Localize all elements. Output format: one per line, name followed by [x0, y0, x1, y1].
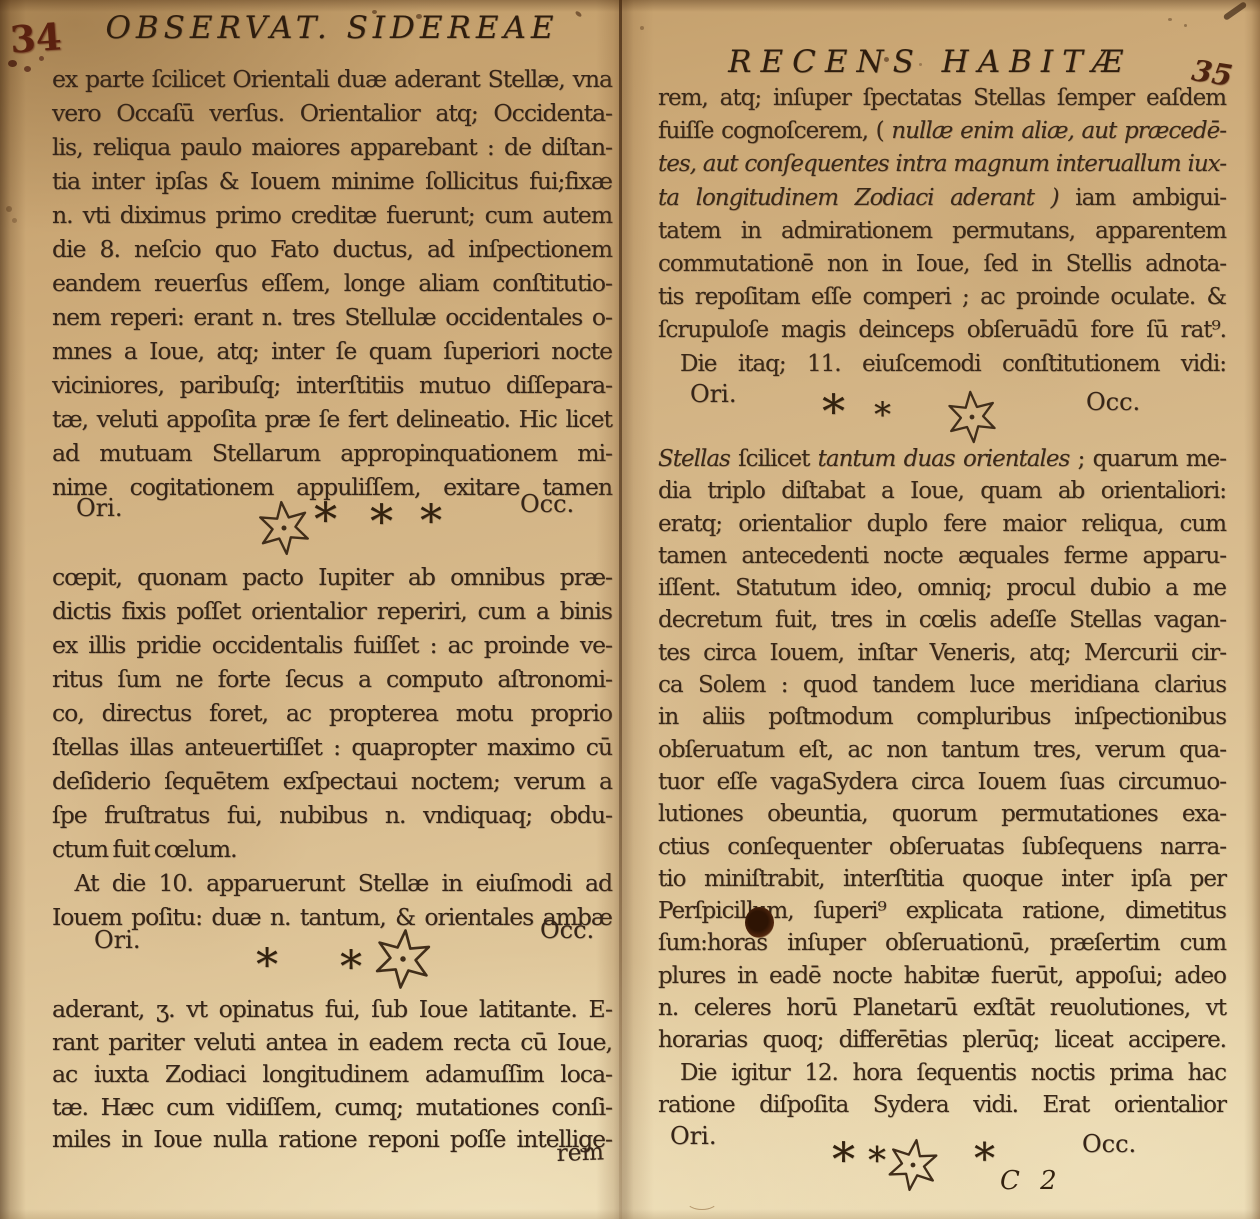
text-line: tis repoſitam eſſe comperi ; ac proinde …	[658, 281, 1226, 314]
text-line: ta longitudinem Zodiaci aderant ) iam am…	[658, 182, 1226, 215]
text-line: eratq; orientalior duplo fere maior reli…	[658, 508, 1226, 540]
text-line: ca Solem : quod tandem luce meridiana cl…	[658, 669, 1226, 701]
text-line: tamen antecedenti nocte æquales ferme ap…	[658, 540, 1226, 572]
occ-label: Occ.	[540, 916, 594, 944]
italic-text-segment: tes, aut conſequentes intra magnum inter…	[658, 151, 1226, 177]
text-line: mnes a Ioue, atq; inter ſe quam ſuperior…	[52, 334, 612, 368]
text-line: n. vti diximus primo creditæ fuerunt; cu…	[52, 198, 612, 232]
right-text-block-2: Stellas ſcilicet tantum duas orientales …	[658, 443, 1226, 1121]
text-line: dia triplo diſtabat a Ioue, quam ab orie…	[658, 475, 1226, 507]
page-edge-top	[0, 0, 1260, 12]
text-line: horarias quoq; differētias plerūq; licea…	[658, 1024, 1226, 1056]
text-line: tuor eſſe vagaSydera circa Iouem ſuas ci…	[658, 766, 1226, 798]
italic-text-segment: tantum duas orientales	[818, 446, 1070, 472]
text-line: co, directus foret, ac propterea motu pr…	[52, 696, 612, 730]
text-line: rant pariter veluti antea in eadem recta…	[52, 1026, 612, 1059]
italic-text-segment: ta longitudinem Zodiaci aderant )	[658, 185, 1059, 211]
ink-speck	[919, 63, 922, 66]
text-line: in aliis poſtmodum compluribus inſpectio…	[658, 701, 1226, 733]
text-line: dictis fixis poſſet orientalior reperiri…	[52, 594, 612, 628]
text-line: At die 10. apparuerunt Stellæ in eiuſmod…	[52, 866, 612, 900]
ori-label: Ori.	[670, 1122, 716, 1150]
jupiter-diagram-right-2: Ori. * * * C 2 Occ.	[660, 1116, 1226, 1216]
text-line: Stellas ſcilicet tantum duas orientales …	[658, 443, 1226, 475]
text-line: commutationē non in Ioue, ſed in Stellis…	[658, 248, 1226, 281]
medicean-star-icon: *	[256, 944, 278, 988]
text-segment: ſcilicet	[730, 446, 818, 472]
text-line: iſſent. Statutum ideo, omniq; procul dub…	[658, 572, 1226, 604]
text-segment: iam ambigui-	[1059, 185, 1226, 211]
text-line: tes, aut conſequentes intra magnum inter…	[658, 148, 1226, 181]
left-text-block-1: ex parte ſcilicet Orientali duæ aderant …	[52, 62, 612, 504]
text-line: ſcrupuloſe magis deinceps obſeruādū fore…	[658, 314, 1226, 347]
page-edge-right	[1244, 0, 1260, 1219]
text-line: vero Occaſū verſus. Orientalior atq; Occ…	[52, 96, 612, 130]
text-line: Perſpicillum, ſuperi⁹ explicata ratione,…	[658, 895, 1226, 927]
text-line: cœpit, quonam pacto Iupiter ab omnibus p…	[52, 560, 612, 594]
medicean-star-icon: *	[370, 498, 393, 544]
text-line: ctius conſequenter obſeruatas ſubſequens…	[658, 831, 1226, 863]
occ-label: Occ.	[520, 490, 574, 518]
book-scan-page: 34 OBSERVAT. SIDEREAE ex parte ſcilicet …	[0, 0, 1260, 1219]
text-line: ctum fuit cœlum.	[52, 832, 612, 866]
ori-label: Ori.	[76, 494, 122, 522]
paper-crease	[686, 1192, 718, 1210]
ink-blot	[39, 56, 44, 61]
medicean-star-icon: *	[822, 388, 845, 434]
text-line: eandem reuerſus eſſem, longe aliam conſt…	[52, 266, 612, 300]
medicean-star-icon: *	[314, 496, 337, 542]
text-line: decretum fuit, tres in cœlis adeſſe Stel…	[658, 604, 1226, 636]
text-line: ad mutuam Stellarum appropinquationem mi…	[52, 436, 612, 470]
medicean-star-icon: *	[974, 1138, 995, 1180]
medicean-star-icon: *	[874, 398, 891, 432]
text-line: tæ. Hæc cum vidiſſem, cumq; mutationes c…	[52, 1091, 612, 1124]
italic-text-segment: nullæ enim aliæ, aut præcedē-	[891, 118, 1226, 144]
text-line: tes circa Iouem, inſtar Veneris, atq; Me…	[658, 637, 1226, 669]
signature-mark: C 2	[1000, 1166, 1063, 1196]
gutter-fold-line	[619, 0, 622, 1219]
text-line: deſiderio ſequētem exſpectaui noctem; ve…	[52, 764, 612, 798]
running-title-left: OBSERVAT. SIDEREAE	[52, 10, 612, 46]
page-edge-bottom	[0, 1209, 1260, 1219]
text-line: obſeruatum eſt, ac non tantum tres, veru…	[658, 734, 1226, 766]
right-text-block-1: rem, atq; inſuper ſpectatas Stellas ſemp…	[658, 82, 1226, 381]
medicean-star-icon: *	[340, 946, 362, 990]
gutter-shadow	[596, 0, 654, 1219]
jupiter-star-icon	[251, 495, 317, 561]
text-line: tia inter ipſas & Iouem minime ſollicitu…	[52, 164, 612, 198]
ink-blot	[745, 907, 774, 938]
text-segment: ; quarum me-	[1069, 446, 1226, 472]
text-line: ſpe fruſtratus fui, nubibus n. vndiquaq;…	[52, 798, 612, 832]
occ-label: Occ.	[1082, 1130, 1136, 1158]
text-line: lutiones obeuntia, quorum permutationes …	[658, 798, 1226, 830]
occ-label: Occ.	[1086, 388, 1140, 416]
text-line: Die igitur 12. hora ſequentis noctis pri…	[658, 1057, 1226, 1089]
text-line: ritus ſum ne forte ſecus a computo aſtro…	[52, 662, 612, 696]
ori-label: Ori.	[94, 926, 140, 954]
text-line: aderant, ʒ. vt opinatus fui, ſub Ioue la…	[52, 993, 612, 1026]
ink-speck	[1168, 18, 1172, 21]
text-line: ex parte ſcilicet Orientali duæ aderant …	[52, 62, 612, 96]
medicean-star-icon: *	[832, 1136, 855, 1182]
medicean-star-icon: *	[420, 500, 442, 544]
text-line: ſtellas illas anteuertiſſet : quapropter…	[52, 730, 612, 764]
text-line: fuiſſe cognoſcerem, ( nullæ enim aliæ, a…	[658, 115, 1226, 148]
jupiter-star-icon	[941, 386, 1003, 448]
text-line: tæ, veluti appoſita præ ſe fert delineat…	[52, 402, 612, 436]
italic-text-segment: Stellas	[658, 446, 730, 472]
text-line: nem reperi: erant n. tres Stellulæ occid…	[52, 300, 612, 334]
jupiter-star-icon	[367, 923, 439, 995]
text-line: n. celeres horū Planetarū exſtāt reuolut…	[658, 992, 1226, 1024]
ori-label: Ori.	[690, 380, 736, 408]
text-line: ſum:horas inſuper obſeruationū, præſerti…	[658, 927, 1226, 959]
text-line: rem, atq; inſuper ſpectatas Stellas ſemp…	[658, 82, 1226, 115]
text-segment: fuiſſe cognoſcerem, (	[658, 118, 891, 144]
text-line: tio miniſtrabit, interſtitia quoque inte…	[658, 863, 1226, 895]
left-text-block-2: cœpit, quonam pacto Iupiter ab omnibus p…	[52, 560, 612, 934]
jupiter-diagram-left-1: Ori. * * * Occ.	[52, 488, 612, 568]
running-title-right: RECENS HABITÆ	[660, 44, 1200, 80]
text-line: plures in eadē nocte habitæ fuerūt, appo…	[658, 960, 1226, 992]
ink-speck	[884, 57, 889, 62]
text-line: die 8. neſcio quo Fato ductus, ad inſpec…	[52, 232, 612, 266]
text-line: viciniores, paribuſq; interſtitiis mutuo…	[52, 368, 612, 402]
text-line: tatem in admirationem permutans, apparen…	[658, 215, 1226, 248]
text-line: ex illis pridie occidentalis fuiſſet : a…	[52, 628, 612, 662]
text-line: ac iuxta Zodiaci longitudinem adamuſſim …	[52, 1058, 612, 1091]
text-line: lis, reliqua paulo maiores apparebant : …	[52, 130, 612, 164]
ink-speck	[1184, 24, 1187, 27]
page-edge-left	[0, 0, 26, 1219]
ink-speck	[416, 14, 422, 19]
jupiter-star-icon	[880, 1132, 946, 1198]
left-text-block-3: aderant, ʒ. vt opinatus fui, ſub Ioue la…	[52, 993, 612, 1156]
